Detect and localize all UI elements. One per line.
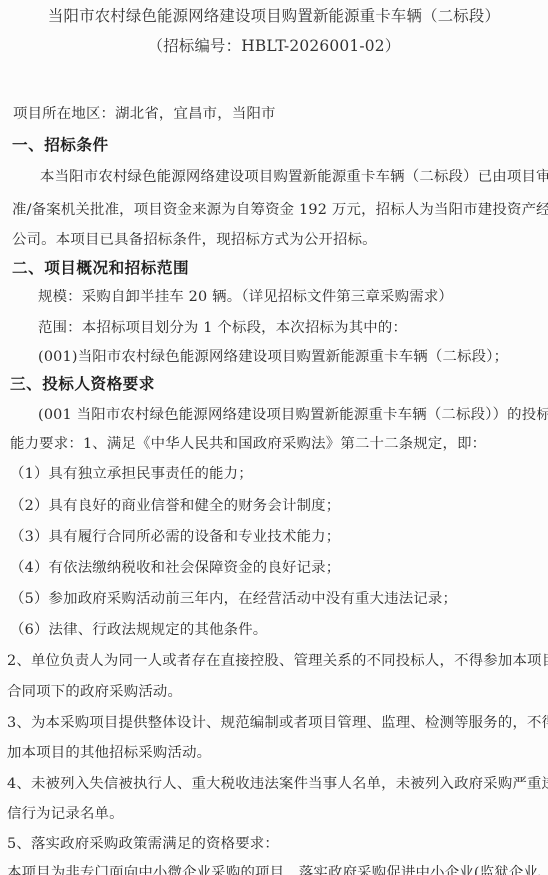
document-title: 当阳市农村绿色能源网络建设项目购置新能源重卡车辆（二标段）	[0, 6, 548, 26]
requirement-2-line-2: 合同项下的政府采购活动。	[7, 682, 182, 702]
section-heading-1: 一、招标条件	[12, 135, 109, 155]
requirement-4-line-1: 4、未被列入失信被执行人、重大税收违法案件当事人名单，未被列入政府采购严重违法失	[7, 774, 511, 794]
qualification-item-4: （4）有依法缴纳税收和社会保障资金的良好记录；	[10, 558, 340, 578]
scope-scale: 规模：采购自卸半挂车 20 辆。（详见招标文件第三章采购需求）	[38, 287, 453, 307]
qualification-item-5: （5）参加政府采购活动前三年内，在经营活动中没有重大违法记录；	[10, 589, 457, 609]
requirement-3-line-1: 3、为本采购项目提供整体设计、规范编制或者项目管理、监理、检测等服务的，不得再参	[7, 713, 537, 733]
qualification-intro-line-2: 能力要求：1、满足《中华人民共和国政府采购法》第二十二条规定，即：	[10, 434, 486, 454]
document-page: 当阳市农村绿色能源网络建设项目购置新能源重卡车辆（二标段） （招标编号：HBLT…	[0, 0, 548, 875]
qualification-item-1: （1）具有独立承担民事责任的能力；	[10, 464, 253, 484]
section-heading-2: 二、项目概况和招标范围	[12, 258, 189, 278]
requirement-2-line-1: 2、单位负责人为同一人或者存在直接控股、管理关系的不同投标人，不得参加本项目同一	[7, 651, 539, 671]
qualification-item-3: （3）具有履行合同所必需的设备和专业技术能力；	[10, 527, 340, 547]
scope-lot: (001)当阳市农村绿色能源网络建设项目购置新能源重卡车辆（二标段）；	[38, 347, 508, 367]
section-1-paragraph-line-2: 准/备案机关批准，项目资金来源为自筹资金 192 万元，招标人为当阳市建投资产经…	[12, 200, 540, 220]
scope-range: 范围：本招标项目划分为 1 个标段，本次招标为其中的：	[38, 318, 407, 338]
section-heading-3: 三、投标人资格要求	[10, 374, 155, 394]
qualification-item-6: （6）法律、行政法规规定的其他条件。	[10, 620, 267, 640]
requirement-5-heading: 5、落实政府采购政策需满足的资格要求：	[7, 834, 279, 854]
section-1-paragraph-line-3: 公司。本项目已具备招标条件，现招标方式为公开招标。	[12, 230, 377, 250]
requirement-3-line-2: 加本项目的其他招标采购活动。	[7, 743, 211, 763]
qualification-intro-line-1: (001 当阳市农村绿色能源网络建设项目购置新能源重卡车辆（二标段））的投标人资…	[38, 405, 540, 425]
qualification-item-2: （2）具有良好的商业信誉和健全的财务会计制度；	[10, 496, 340, 516]
project-location: 项目所在地区：湖北省，宜昌市，当阳市	[13, 104, 276, 124]
section-1-paragraph-line-1: 本当阳市农村绿色能源网络建设项目购置新能源重卡车辆（二标段）已由项目审批/核	[40, 167, 540, 187]
requirement-4-line-2: 信行为记录名单。	[7, 804, 124, 824]
requirement-5-line-1: 本项目为非专门面向中小微企业采购的项目，落实政府采购促进中小企业(监狱企业、残疾	[7, 863, 540, 875]
tender-number: （招标编号：HBLT-2026001-02）	[0, 36, 548, 56]
